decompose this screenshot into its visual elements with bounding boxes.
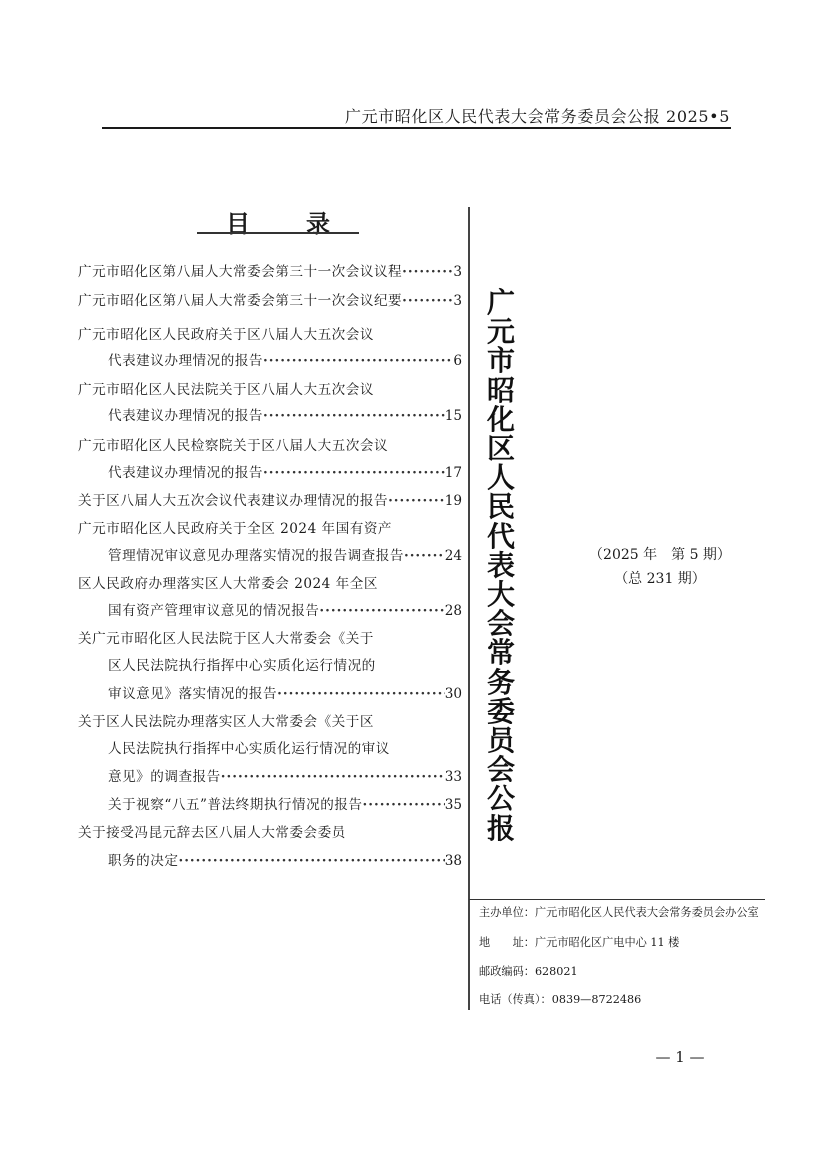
address: 地 址：广元市昭化区广电中心 11 楼 xyxy=(479,935,679,951)
toc-leader-dots xyxy=(363,795,445,815)
vertical-title-char: 人 xyxy=(484,463,518,492)
toc-entry[interactable]: 意见》的调查报告33 xyxy=(108,767,462,787)
issue-info: （2025 年 第 5 期） （总 231 期） xyxy=(560,543,760,591)
toc-entry[interactable]: 国有资产管理审议意见的情况报告28 xyxy=(108,601,462,621)
toc-entry-title: 代表建议办理情况的报告 xyxy=(108,406,263,426)
vertical-title-char: 公 xyxy=(484,784,518,813)
toc-entry-title: 国有资产管理审议意见的情况报告 xyxy=(108,601,319,621)
phone: 电话（传真）：0839—8722486 xyxy=(479,992,641,1008)
toc-entry[interactable]: 代表建议办理情况的报告6 xyxy=(108,351,462,371)
toc-entry-title: 意见》的调查报告 xyxy=(108,767,221,787)
toc-page-number: 33 xyxy=(445,767,462,787)
toc-page-number: 24 xyxy=(445,546,462,566)
vertical-title-char: 务 xyxy=(484,668,518,697)
toc-page-number: 6 xyxy=(453,351,462,371)
toc-entry-title: 广元市昭化区人民法院关于区八届人大五次会议 xyxy=(78,380,374,400)
toc-entry[interactable]: 审议意见》落实情况的报告30 xyxy=(108,684,462,704)
toc-page-number: 17 xyxy=(445,463,462,483)
toc-entry[interactable]: 区人民法院执行指挥中心实质化运行情况的 xyxy=(108,656,462,676)
toc-page-number: 3 xyxy=(453,262,462,282)
issue-number: （2025 年 第 5 期） xyxy=(560,543,760,567)
toc-page-number: 30 xyxy=(445,684,462,704)
toc-page-number: 3 xyxy=(453,291,462,311)
header-rule xyxy=(102,127,731,129)
vertical-title-char: 区 xyxy=(484,434,518,463)
vertical-publication-title: 广元市昭化区人民代表大会常务委员会公报 xyxy=(484,288,518,843)
bulletin-header-title: 广元市昭化区人民代表大会常务委员会公报 2025•5 xyxy=(330,104,730,127)
toc-entry[interactable]: 人民法院执行指挥中心实质化运行情况的审议 xyxy=(108,739,462,759)
toc-leader-dots xyxy=(263,406,445,426)
toc-page-number: 28 xyxy=(445,601,462,621)
vertical-title-char: 民 xyxy=(484,492,518,521)
toc-entry[interactable]: 广元市昭化区人民法院关于区八届人大五次会议 xyxy=(78,380,462,400)
toc-page-number: 35 xyxy=(445,795,462,815)
toc-entry[interactable]: 关于区八届人大五次会议代表建议办理情况的报告19 xyxy=(78,491,462,511)
toc-page-number: 19 xyxy=(445,491,462,511)
toc-entry[interactable]: 关于区人民法院办理落实区人大常委会《关于区 xyxy=(78,712,462,732)
toc-leader-dots xyxy=(319,601,444,621)
toc-entry-title: 广元市昭化区人民检察院关于区八届人大五次会议 xyxy=(78,436,388,456)
toc-entry[interactable]: 广元市昭化区人民检察院关于区八届人大五次会议 xyxy=(78,436,462,456)
toc-entry[interactable]: 广元市昭化区人民政府关于区八届人大五次会议 xyxy=(78,325,462,345)
vertical-title-char: 表 xyxy=(484,551,518,580)
column-divider xyxy=(468,207,470,1010)
toc-entry[interactable]: 代表建议办理情况的报告17 xyxy=(108,463,462,483)
toc-page-number: 38 xyxy=(445,851,462,871)
toc-entry[interactable]: 代表建议办理情况的报告15 xyxy=(108,406,462,426)
toc-entry-title: 代表建议办理情况的报告 xyxy=(108,351,263,371)
vertical-title-char: 昭 xyxy=(484,376,518,405)
vertical-title-char: 化 xyxy=(484,405,518,434)
toc-entry[interactable]: 职务的决定38 xyxy=(108,851,462,871)
toc-entry-title: 广元市昭化区人民政府关于区八届人大五次会议 xyxy=(78,325,374,345)
toc-leader-dots xyxy=(402,262,453,282)
organizer: 主办单位：广元市昭化区人民代表大会常务委员会办公室 xyxy=(479,905,759,921)
toc-entry-title: 关于接受冯昆元辞去区八届人大常委会委员 xyxy=(78,823,346,843)
toc-entry-title: 管理情况审议意见办理落实情况的报告调查报告 xyxy=(108,546,404,566)
vertical-title-char: 委 xyxy=(484,697,518,726)
toc-entry[interactable]: 区人民政府办理落实区人大常委会 2024 年全区 xyxy=(78,574,462,594)
vertical-title-char: 常 xyxy=(484,638,518,667)
vertical-title-char: 市 xyxy=(484,346,518,375)
vertical-title-char: 元 xyxy=(484,317,518,346)
toc-leader-dots xyxy=(221,767,445,787)
toc-page-number: 15 xyxy=(445,406,462,426)
toc-entry[interactable]: 管理情况审议意见办理落实情况的报告调查报告24 xyxy=(108,546,462,566)
toc-entry-title: 关于区人民法院办理落实区人大常委会《关于区 xyxy=(78,712,374,732)
toc-entry-title: 广元市昭化区第八届人大常委会第三十一次会议纪要 xyxy=(78,291,402,311)
page-number: — 1 — xyxy=(650,1048,710,1066)
toc-leader-dots xyxy=(388,491,445,511)
toc-entry[interactable]: 关于视察“八五”普法终期执行情况的报告35 xyxy=(108,795,462,815)
vertical-title-char: 会 xyxy=(484,755,518,784)
toc-entry-title: 人民法院执行指挥中心实质化运行情况的审议 xyxy=(108,739,390,759)
vertical-title-char: 广 xyxy=(484,288,518,317)
vertical-title-char: 会 xyxy=(484,609,518,638)
postcode: 邮政编码：628021 xyxy=(479,964,578,980)
toc-entry[interactable]: 广元市昭化区人民政府关于全区 2024 年国有资产 xyxy=(78,519,462,539)
toc-entry-title: 关广元市昭化区人民法院于区人大常委会《关于 xyxy=(78,629,374,649)
vertical-title-char: 代 xyxy=(484,522,518,551)
vertical-title-char: 报 xyxy=(484,814,518,843)
toc-leader-dots xyxy=(402,291,453,311)
issue-total: （总 231 期） xyxy=(560,567,760,591)
vertical-title-char: 员 xyxy=(484,726,518,755)
toc-leader-dots xyxy=(404,546,445,566)
toc-leader-dots xyxy=(178,851,444,871)
toc-entry-title: 职务的决定 xyxy=(108,851,178,871)
toc-entry-title: 区人民政府办理落实区人大常委会 2024 年全区 xyxy=(78,574,378,594)
toc-entry-title: 区人民法院执行指挥中心实质化运行情况的 xyxy=(108,656,376,676)
toc-entry-title: 关于视察“八五”普法终期执行情况的报告 xyxy=(108,795,363,815)
toc-entry[interactable]: 广元市昭化区第八届人大常委会第三十一次会议纪要3 xyxy=(78,291,462,311)
toc-leader-dots xyxy=(263,463,445,483)
vertical-title-char: 大 xyxy=(484,580,518,609)
toc-entry[interactable]: 关于接受冯昆元辞去区八届人大常委会委员 xyxy=(78,823,462,843)
toc-entry[interactable]: 广元市昭化区第八届人大常委会第三十一次会议议程3 xyxy=(78,262,462,282)
toc-leader-dots xyxy=(277,684,445,704)
toc-entry-title: 代表建议办理情况的报告 xyxy=(108,463,263,483)
toc-entry-title: 审议意见》落实情况的报告 xyxy=(108,684,277,704)
toc-entry-title: 关于区八届人大五次会议代表建议办理情况的报告 xyxy=(78,491,388,511)
toc-entry-title: 广元市昭化区人民政府关于全区 2024 年国有资产 xyxy=(78,519,392,539)
toc-entry[interactable]: 关广元市昭化区人民法院于区人大常委会《关于 xyxy=(78,629,462,649)
toc-heading-rule xyxy=(197,232,359,234)
toc-leader-dots xyxy=(263,351,453,371)
toc-entry-title: 广元市昭化区第八届人大常委会第三十一次会议议程 xyxy=(78,262,402,282)
info-rule xyxy=(469,899,765,900)
